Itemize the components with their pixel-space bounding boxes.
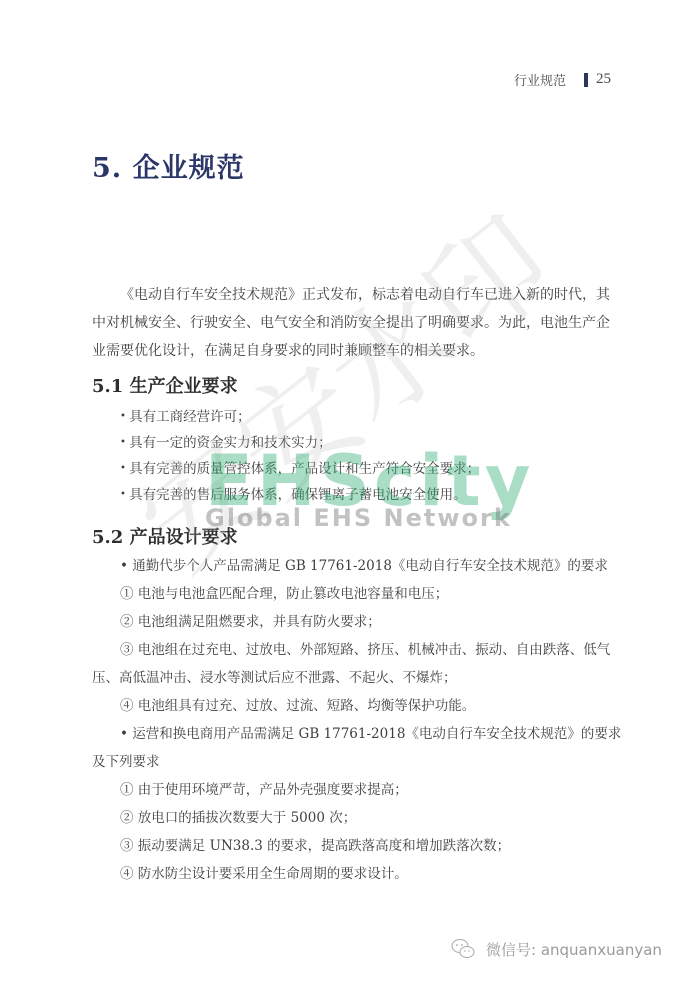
running-header: 行业规范 25: [514, 70, 611, 89]
wechat-footer: 微信号: anquanxuanyan: [450, 938, 662, 960]
wechat-icon: [450, 938, 476, 960]
group1-lead: • 通勤代步个人产品需满足 GB 17761-2018《电动自行车安全技术规范》…: [120, 552, 630, 580]
page-number: 25: [596, 71, 611, 88]
section-5-1-heading: 5.1 生产企业要求: [92, 372, 238, 398]
list-item: 具有完善的质量管控体系，产品设计和生产符合安全要求；: [120, 456, 480, 482]
wechat-id: 微信号: anquanxuanyan: [486, 939, 662, 960]
group1-item: ① 电池与电池盒匹配合理，防止篡改电池容量和电压；: [120, 580, 650, 608]
section-5-2-heading: 5.2 产品设计要求: [92, 523, 238, 549]
list-item: 具有工商经营许可；: [120, 404, 480, 430]
group2-lead: • 运营和换电商用产品需满足 GB 17761-2018《电动自行车安全技术规范…: [92, 720, 622, 776]
list-item: 具有一定的资金实力和技术实力；: [120, 430, 480, 456]
header-divider-bar: [584, 73, 588, 87]
group1-item: ④ 电池组具有过充、过放、过流、短路、均衡等保护功能。: [120, 692, 650, 720]
section-5-1-list: 具有工商经营许可； 具有一定的资金实力和技术实力； 具有完善的质量管控体系，产品…: [120, 404, 480, 508]
intro-paragraph: 《电动自行车安全技术规范》正式发布，标志着电动自行车已进入新的时代，其中对机械安…: [92, 281, 614, 365]
group2-item: ③ 振动要满足 UN38.3 的要求，提高跌落高度和增加跌落次数；: [120, 832, 650, 860]
group2-item: ④ 防水防尘设计要采用全生命周期的要求设计。: [120, 860, 650, 888]
group1-item: ③ 电池组在过充电、过放电、外部短路、挤压、机械冲击、振动、自由跌落、低气压、高…: [92, 636, 622, 692]
watermark-subtitle: Global EHS Network: [205, 504, 512, 532]
group2-item: ① 由于使用环境严苛，产品外壳强度要求提高；: [120, 776, 650, 804]
header-section: 行业规范: [514, 70, 566, 89]
list-item: 具有完善的售后服务体系，确保锂离子蓄电池安全使用。: [120, 482, 480, 508]
group1-item: ② 电池组满足阻燃要求，并具有防火要求；: [120, 608, 650, 636]
group2-item: ② 放电口的插拔次数要大于 5000 次；: [120, 804, 650, 832]
chapter-title: 5. 企业规范: [92, 146, 245, 185]
